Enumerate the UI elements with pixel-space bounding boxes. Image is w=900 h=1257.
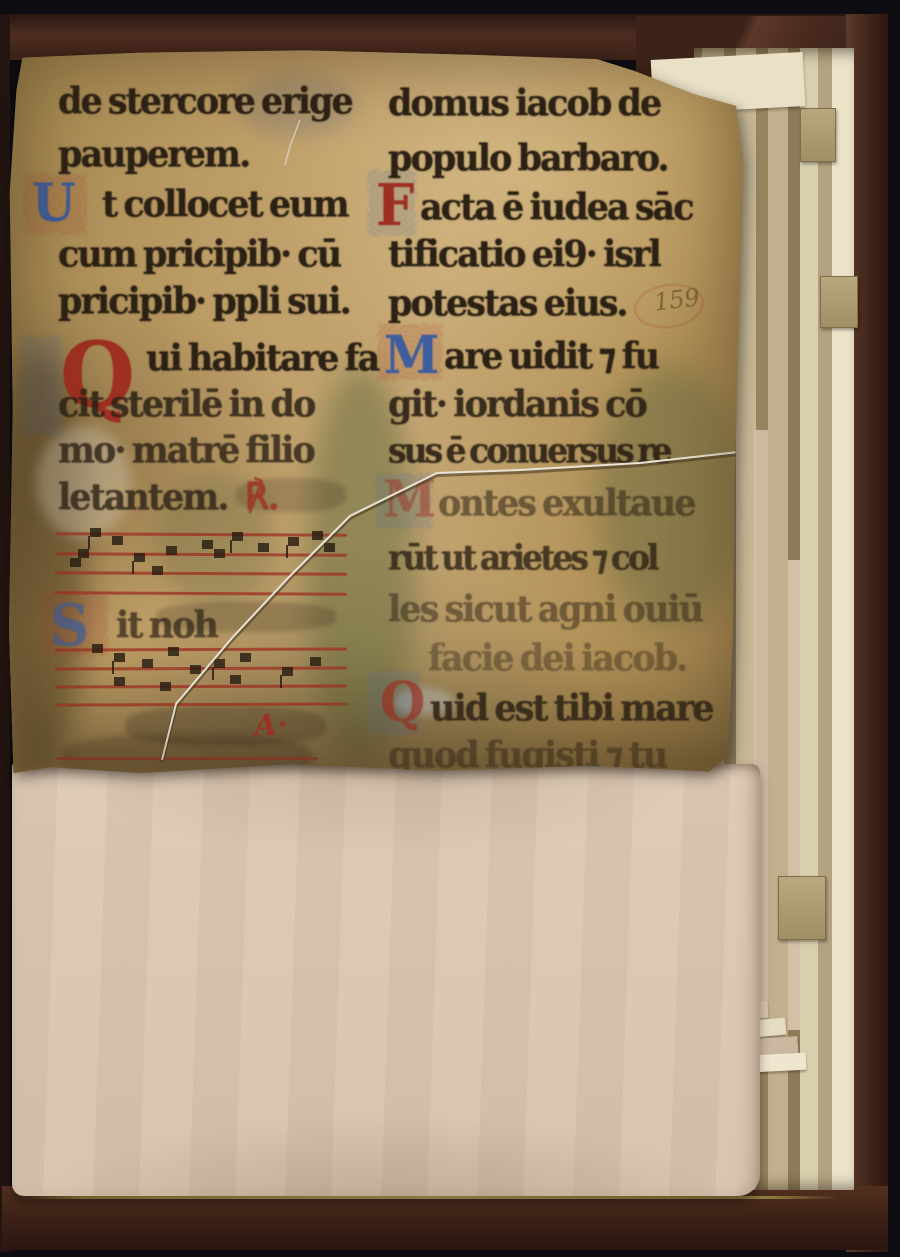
line-text: de stercore erige xyxy=(58,80,352,123)
neume xyxy=(134,553,145,562)
staff-line xyxy=(55,591,347,595)
neume xyxy=(310,657,321,666)
neume xyxy=(190,665,201,674)
text-line: rūt ut arietes ⁊ col xyxy=(388,537,657,578)
text-line: domus iacob de xyxy=(388,82,660,125)
line-text: tificatio ei9· isrl xyxy=(388,233,660,276)
illuminated-initial: F xyxy=(376,180,412,231)
line-text: quod fugisti ⁊ tu xyxy=(388,734,666,776)
neume xyxy=(90,528,101,537)
neume xyxy=(112,536,123,545)
text-line: cum pricipib· cū xyxy=(58,233,340,276)
text-line: letantem. ℟. xyxy=(58,476,278,519)
text-line: M ontes exultaue xyxy=(388,482,695,525)
page-edge-strip xyxy=(788,560,800,1030)
line-text: git· iordanis cō xyxy=(388,383,646,426)
vellum-wrap: de stercore erige pauperem. U t collocet… xyxy=(0,0,760,780)
line-text: pricipib· ppli sui. xyxy=(58,280,350,323)
illuminated-initial: U xyxy=(32,179,74,226)
line-text: uid est tibi mare xyxy=(430,687,713,730)
text-line: Q uid est tibi mare xyxy=(388,687,713,730)
illuminated-initial: M xyxy=(383,478,434,523)
text-line: M are uidit ⁊ fu xyxy=(388,335,658,378)
text-line: potestas eius. xyxy=(388,282,627,325)
staff-line xyxy=(55,571,347,575)
staff-line xyxy=(55,702,347,706)
neume xyxy=(230,675,241,684)
illuminated-initial: M xyxy=(384,331,437,378)
music-staff-2 xyxy=(55,647,347,710)
neume xyxy=(258,543,269,552)
rubric-mark: ℟. xyxy=(245,476,278,519)
text-line: cit sterilē in do xyxy=(58,383,314,426)
neume xyxy=(324,543,335,552)
line-text: it noh xyxy=(116,604,217,647)
neume xyxy=(168,647,179,656)
text-line: facie dei iacob. xyxy=(388,637,686,680)
vellum-tab xyxy=(820,276,858,328)
line-text: cit sterilē in do xyxy=(58,383,314,426)
vellum-leaf: de stercore erige pauperem. U t collocet… xyxy=(6,46,754,776)
neume xyxy=(142,659,153,668)
neume xyxy=(232,532,243,541)
line-text: les sicut agni ouiū xyxy=(388,588,702,631)
neume xyxy=(312,531,323,540)
neume xyxy=(166,546,177,555)
music-staff-1 xyxy=(55,532,347,596)
text-line: git· iordanis cō xyxy=(388,383,646,426)
line-text: rūt ut arietes ⁊ col xyxy=(388,537,657,578)
illuminated-initial: S xyxy=(50,600,87,651)
penwork-flourish xyxy=(20,336,62,436)
staff-line xyxy=(55,552,347,556)
line-text: letantem. xyxy=(58,476,228,519)
text-line: S it noh xyxy=(58,604,217,647)
neume xyxy=(240,653,251,662)
neume xyxy=(202,540,213,549)
line-text: sus ē conuersus re xyxy=(388,430,670,471)
line-text: potestas eius. xyxy=(388,282,627,325)
backing-paper xyxy=(12,764,760,1196)
neume xyxy=(214,659,225,668)
text-line: populo barbaro. xyxy=(388,137,668,180)
line-text: ontes exultaue xyxy=(438,482,695,525)
photo-frame: de stercore erige pauperem. U t collocet… xyxy=(0,0,900,1257)
text-line: pricipib· ppli sui. xyxy=(58,280,350,323)
line-text: mo· matrē filio xyxy=(58,429,314,472)
crack-line xyxy=(285,120,300,165)
vellum-tab xyxy=(800,108,836,162)
neume xyxy=(78,549,89,558)
line-text: t collocet eum xyxy=(102,183,348,226)
line-text: acta ē iudea sāc xyxy=(420,186,693,229)
text-line: quod fugisti ⁊ tu xyxy=(388,734,666,776)
line-text: pauperem. xyxy=(58,133,249,176)
text-line: U t collocet eum xyxy=(58,183,348,226)
line-text: facie dei iacob. xyxy=(428,637,686,680)
line-text: populo barbaro. xyxy=(388,137,668,180)
neume xyxy=(152,566,163,575)
gilt-edge-line xyxy=(18,1196,838,1199)
text-line: sus ē conuersus re xyxy=(388,430,670,471)
neume xyxy=(288,537,299,546)
line-text: cum pricipib· cū xyxy=(58,233,340,276)
illuminated-initial: Q xyxy=(380,679,423,728)
neume xyxy=(160,682,171,691)
text-line: Q ui habitare fa xyxy=(58,337,378,380)
neume xyxy=(92,644,103,653)
neume xyxy=(214,549,225,558)
text-line: les sicut agni ouiū xyxy=(388,588,702,631)
text-line: mo· matrē filio xyxy=(58,429,314,472)
line-text: domus iacob de xyxy=(388,82,660,125)
neume xyxy=(114,653,125,662)
line-text: ui habitare fa xyxy=(146,337,378,380)
staff-line xyxy=(55,684,347,688)
faded-text-smear xyxy=(126,706,326,746)
text-line: de stercore erige xyxy=(58,80,352,123)
verse-mark: A· xyxy=(253,707,289,744)
neume xyxy=(282,667,293,676)
neume xyxy=(114,677,125,686)
folio-number: 159 xyxy=(652,283,701,316)
text-line: pauperem. xyxy=(58,133,249,176)
line-text: are uidit ⁊ fu xyxy=(444,335,658,378)
text-line: tificatio ei9· isrl xyxy=(388,233,660,276)
staff-line-fragment xyxy=(56,757,318,760)
neume xyxy=(70,558,81,567)
text-line: F acta ē iudea sāc xyxy=(388,186,693,229)
vellum-tab xyxy=(778,876,826,940)
